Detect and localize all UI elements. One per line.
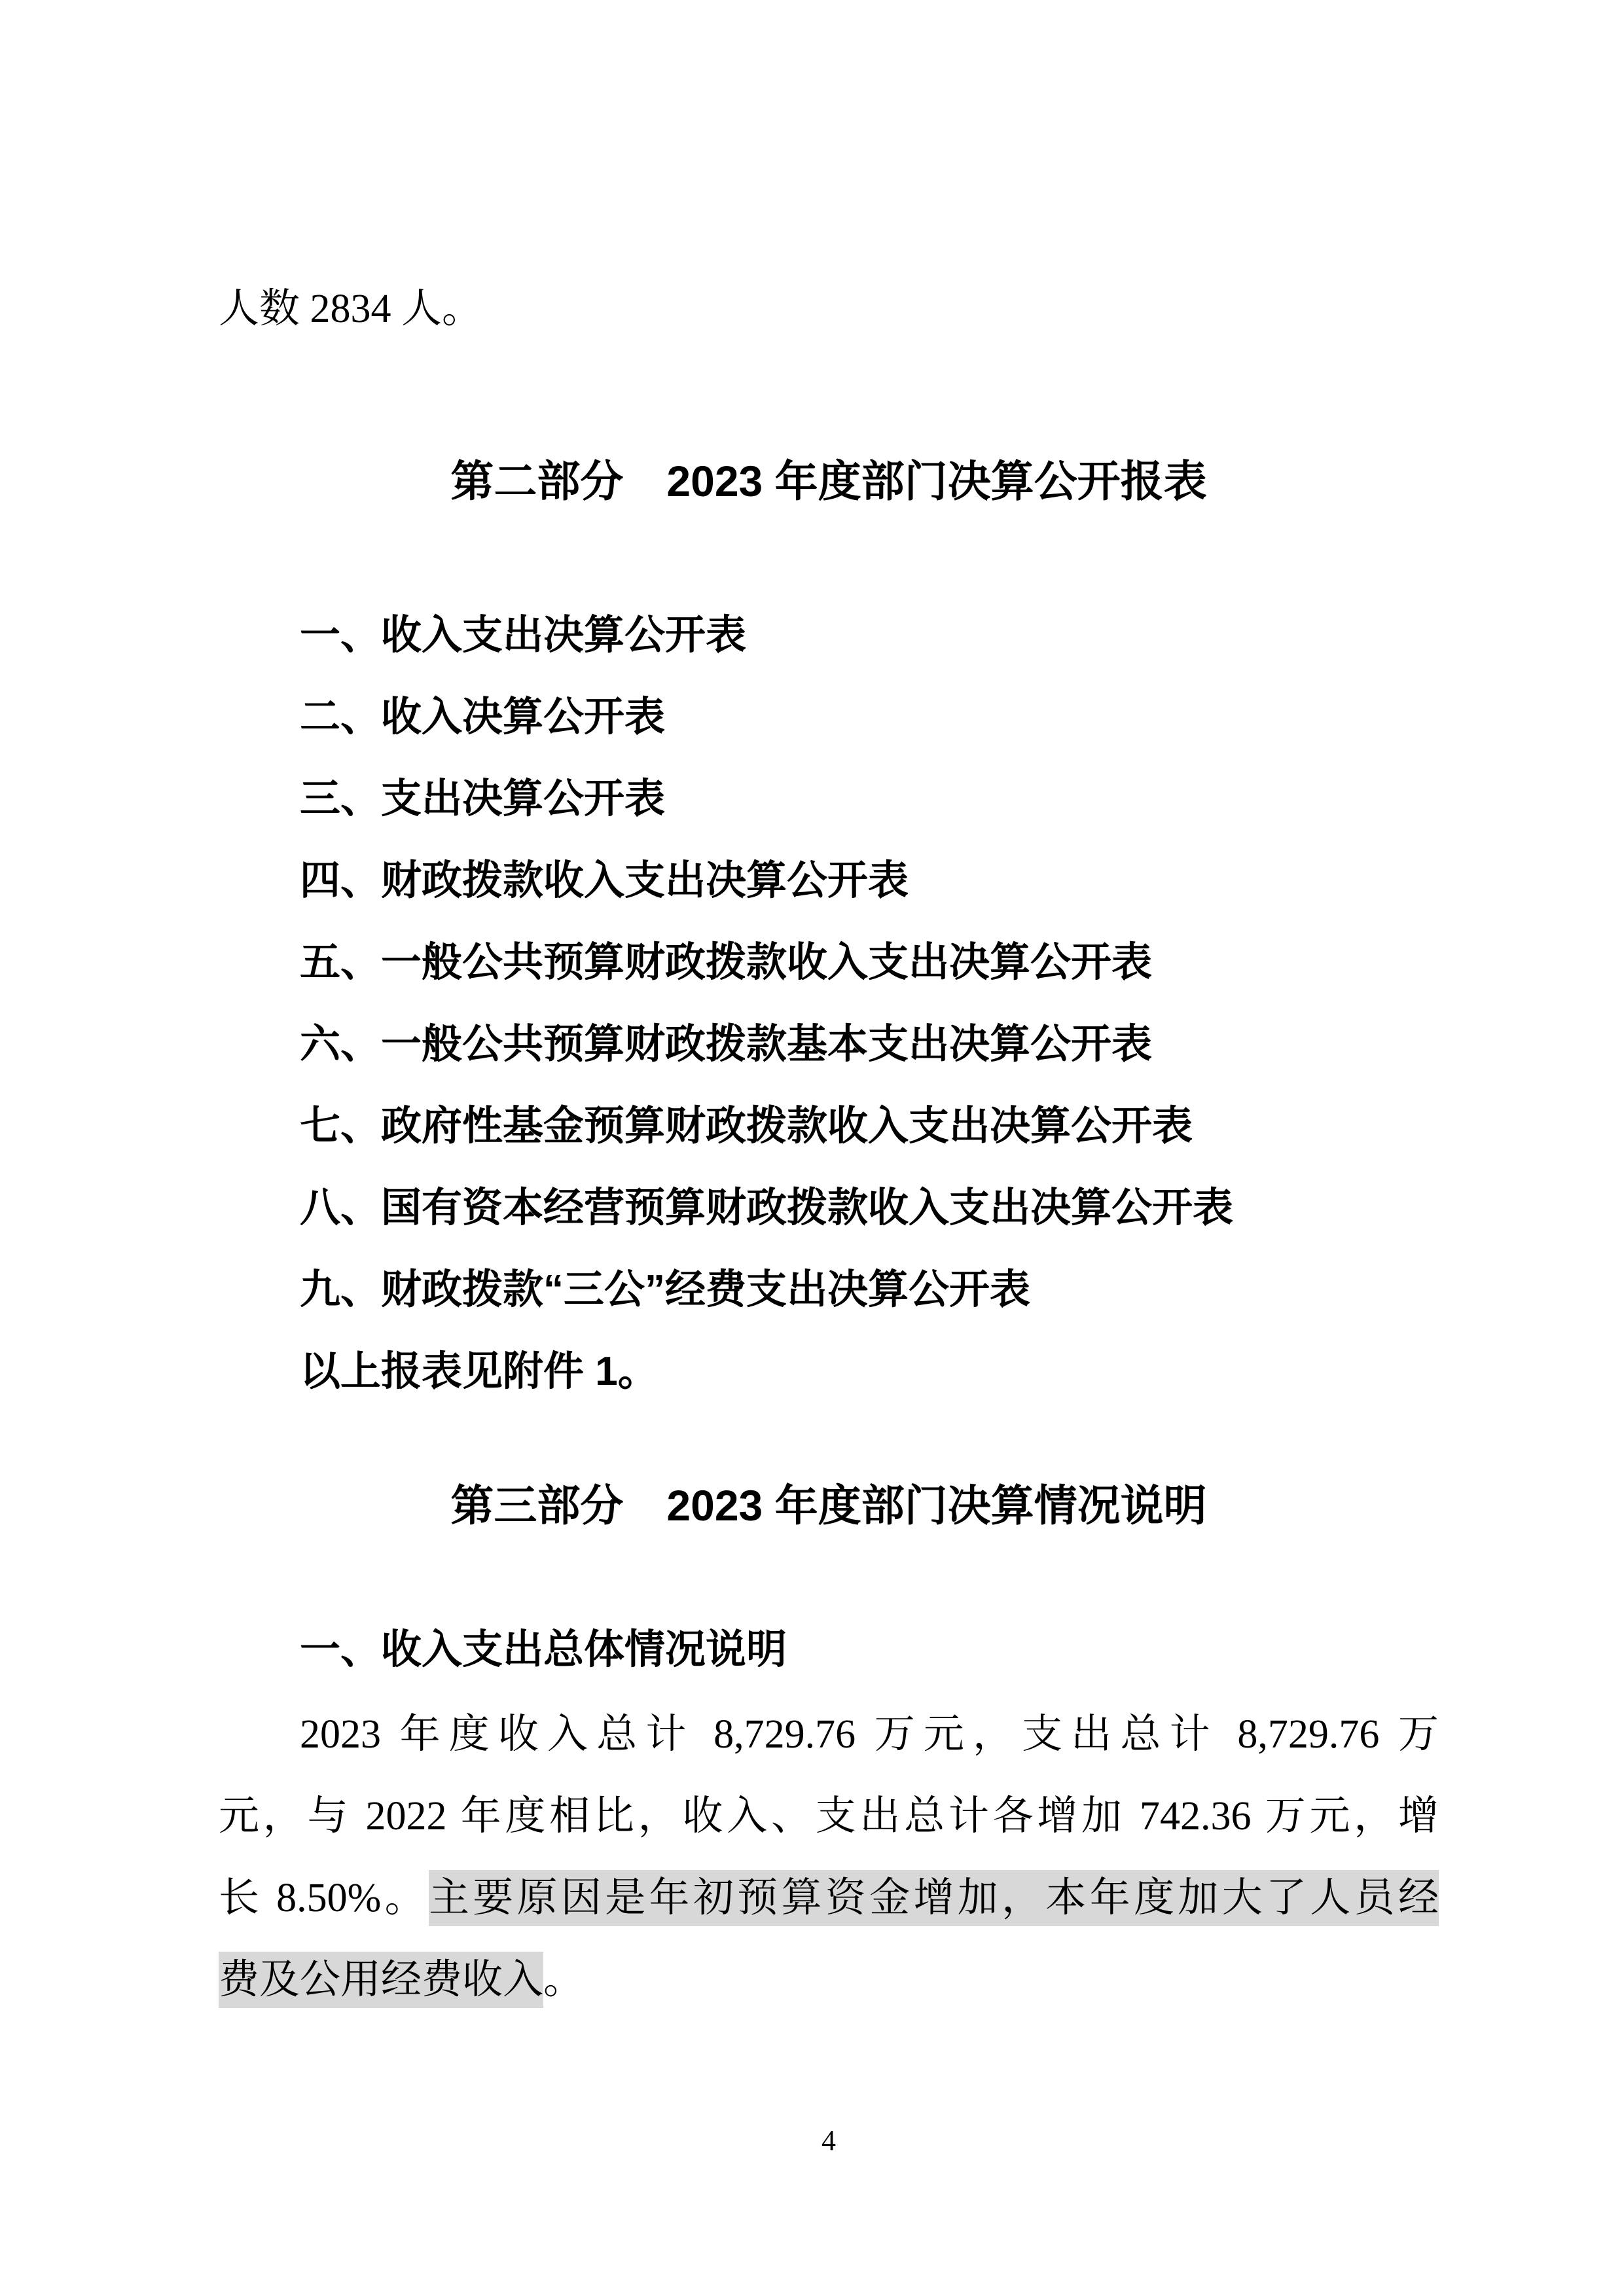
para-line-4: 费及公用经费收入。 — [219, 1939, 1439, 2021]
body-column: 人数 2834 人。 第二部分 2023 年度部门决算公开报表 一、收入支出决算… — [219, 268, 1439, 2157]
toc-item-8: 八、国有资本经营预算财政拨款收入支出决算公开表 — [219, 1167, 1439, 1249]
toc-item-1: 一、收入支出决算公开表 — [219, 594, 1439, 676]
para-line-3-highlighted-text: 主要原因是年初预算资金增加，本年度加大了人员经 — [429, 1870, 1439, 1926]
toc-item-6: 六、一般公共预算财政拨款基本支出决算公开表 — [219, 1003, 1439, 1085]
para-line-1: 2023 年度收入总计 8,729.76 万元，支出总计 8,729.76 万 — [219, 1694, 1439, 1776]
toc-item-3: 三、支出决算公开表 — [219, 758, 1439, 840]
summary-paragraph: 2023 年度收入总计 8,729.76 万元，支出总计 8,729.76 万 … — [219, 1694, 1439, 2021]
toc-item-4: 四、财政拨款收入支出决算公开表 — [219, 840, 1439, 922]
para-line-4-normal-text: 。 — [543, 1958, 584, 2002]
para-line-4-highlighted-text: 费及公用经费收入 — [219, 1952, 543, 2008]
report-table-list: 一、收入支出决算公开表 二、收入决算公开表 三、支出决算公开表 四、财政拨款收入… — [219, 594, 1439, 1412]
toc-item-5: 五、一般公共预算财政拨款收入支出决算公开表 — [219, 922, 1439, 1003]
para-line-3: 长 8.50%。主要原因是年初预算资金增加，本年度加大了人员经 — [219, 1857, 1439, 1939]
attachment-note: 以上报表见附件 1。 — [219, 1331, 1439, 1412]
subsection-heading: 一、收入支出总体情况说明 — [219, 1609, 1439, 1691]
intro-line: 人数 2834 人。 — [219, 268, 1439, 350]
toc-item-7: 七、政府性基金预算财政拨款收入支出决算公开表 — [219, 1085, 1439, 1167]
section2-heading: 第二部分 2023 年度部门决算公开报表 — [219, 440, 1439, 522]
page-number: 4 — [219, 2125, 1439, 2157]
section3-heading: 第三部分 2023 年度部门决算情况说明 — [219, 1465, 1439, 1547]
document-page: 人数 2834 人。 第二部分 2023 年度部门决算公开报表 一、收入支出决算… — [0, 0, 1624, 2296]
para-line-3-normal-text: 长 8.50%。 — [219, 1876, 429, 1920]
para-line-2: 元，与 2022 年度相比，收入、支出总计各增加 742.36 万元，增 — [219, 1776, 1439, 1857]
toc-item-2: 二、收入决算公开表 — [219, 676, 1439, 758]
toc-item-9: 九、财政拨款“三公”经费支出决算公开表 — [219, 1249, 1439, 1331]
